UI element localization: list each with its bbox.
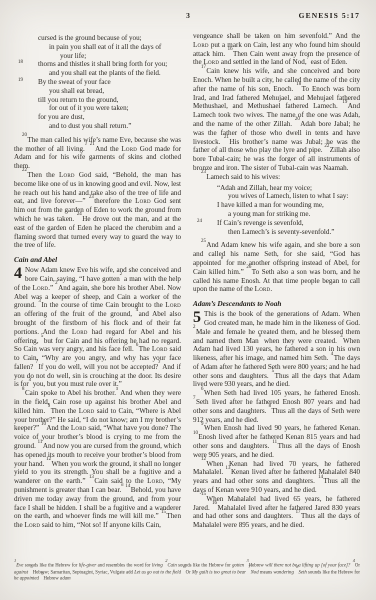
verse-number: 22 — [324, 144, 329, 149]
verse-number: 14 — [318, 475, 323, 480]
divine-name: Lord — [121, 145, 137, 153]
verse-number: 11 — [272, 440, 277, 445]
divine-name: Lord — [59, 171, 75, 179]
poetry-line: you wives of Lamech, listen to what I sa… — [217, 192, 360, 201]
verse-number: 9 — [201, 422, 204, 427]
poetry-line: till you return to the ground, — [38, 96, 181, 105]
footnote-marker: 5 — [31, 564, 33, 569]
paragraph: 17Cain knew his wife, and she conceived … — [193, 67, 360, 173]
footnote-marker: 1 — [14, 558, 16, 563]
poetry-line: a young man for striking me. — [217, 210, 360, 219]
verse-number: 4 — [331, 352, 334, 357]
footnote-marker: 9 — [41, 571, 43, 576]
poetry-line: you shall eat bread, — [38, 87, 181, 96]
verse-number: 19 — [18, 77, 23, 86]
verse-number: 3 — [38, 299, 41, 304]
divine-name: Lord — [71, 424, 87, 432]
verse-number: 13 — [226, 466, 231, 471]
paragraph: 9When Enosh had lived 90 years, he fathe… — [193, 424, 360, 459]
text-columns: cursed is the ground because of you;in p… — [0, 32, 376, 560]
poetry-line: your life; — [38, 52, 181, 61]
verse-number: 18 — [296, 82, 301, 87]
verse-number: 2 — [193, 325, 196, 330]
chapter-number: 4 — [14, 266, 25, 282]
footnote-marker: 8 — [221, 255, 223, 260]
paragraph: vengeance shall be taken on him sevenfol… — [193, 32, 360, 67]
verse-number: 10 — [41, 422, 46, 427]
verse-number: 16 — [212, 501, 217, 506]
verse-number: 17 — [296, 510, 301, 515]
verse-number: 7 — [36, 360, 39, 365]
verse-number: 7 — [193, 396, 196, 401]
verse-number: 8 — [269, 404, 272, 409]
verse-number: 13 — [89, 475, 94, 480]
bible-page-scan: 3 GENESIS 5:17 cursed is the ground beca… — [0, 0, 376, 600]
divine-name: Lord — [165, 301, 181, 309]
poetry-line: 18thorns and thistles it shall bring for… — [38, 60, 181, 69]
verse-number: 24 — [197, 218, 202, 227]
footnote-marker: 4 — [353, 558, 355, 563]
verse-number: 20 — [295, 117, 300, 122]
poetry-line: for out of it you were taken; — [38, 104, 181, 113]
verse-number: 12 — [201, 457, 206, 462]
poetry-line: 24If Cain’s revenge is sevenfold, — [217, 219, 360, 228]
paragraph: 15When Mahalalel had lived 65 years, he … — [193, 495, 360, 530]
verse-number: 19 — [342, 100, 347, 105]
divine-name: Lord — [147, 477, 163, 485]
verse-number: 17 — [201, 65, 206, 70]
divine-name: Lord — [33, 284, 49, 292]
verse-number: 23 — [89, 195, 94, 200]
footnotes-block: 1Eve sounds like the Hebrew for life-giv… — [14, 563, 360, 583]
footnote-marker: 6 — [183, 564, 185, 569]
poetry-line: I have killed a man for wounding me, — [217, 201, 360, 210]
divine-name: Lord — [79, 407, 95, 415]
poetry-line: 19By the sweat of your face — [38, 78, 181, 87]
poetry-line: cursed is the ground because of you; — [38, 34, 181, 43]
chapter-number: 5 — [193, 310, 204, 326]
running-header: 3 GENESIS 5:17 — [0, 0, 376, 22]
column-right: vengeance shall be taken on him sevenfol… — [193, 32, 360, 560]
divine-name: Lord — [152, 345, 168, 353]
paragraph: 12When Kenan had lived 70 years, he fath… — [193, 460, 360, 495]
verse-number: 14 — [125, 484, 130, 489]
paragraph: 20The man called his wife’s name Eve, be… — [14, 136, 181, 171]
footnote-marker: 2 — [120, 271, 122, 276]
paragraph: 8Cain spoke to Abel his brother.5 And wh… — [14, 389, 181, 530]
chapter-paragraph: 5This is the book of the generations of … — [193, 310, 360, 389]
poetry-line: then Lamech’s is seventy-sevenfold.” — [217, 228, 360, 237]
verse-number: 6 — [136, 343, 139, 348]
verse-number: 25 — [201, 239, 206, 244]
footnote-marker: 3 — [247, 558, 249, 563]
footnote-marker: 1 — [85, 141, 87, 146]
paragraph: 6When Seth had lived 105 years, he fathe… — [193, 389, 360, 424]
verse-number: 12 — [46, 457, 51, 462]
verse-number: 15 — [201, 492, 206, 497]
verse-number: 21 — [90, 142, 95, 147]
verse-number: 24 — [77, 212, 82, 217]
poetry-line: and you shall eat the plants of the fiel… — [38, 69, 181, 78]
divine-name: Lord — [255, 285, 271, 293]
verse-number: 2 — [55, 281, 58, 286]
verse-number: 9 — [48, 404, 51, 409]
paragraph: 23Lamech said to his wives: — [193, 173, 360, 182]
paragraph: 25And Adam knew his wife again, and she … — [193, 241, 360, 294]
poetry-line: for you are dust, — [38, 113, 181, 122]
footnote-marker: 6 — [121, 482, 123, 487]
running-head-reference: GENESIS 5:17 — [299, 11, 360, 20]
poetry-line: and to dust you shall return.” — [38, 122, 181, 131]
verse-number: 6 — [201, 387, 204, 392]
poetry-block: cursed is the ground because of you;in p… — [14, 34, 181, 131]
column-left: cursed is the ground because of you;in p… — [14, 32, 181, 560]
verse-number: 10 — [193, 431, 198, 436]
verse-number: 22 — [22, 168, 27, 173]
verse-number: 15 — [161, 510, 166, 515]
footnote-marker: 7 — [248, 564, 250, 569]
verse-number: 5 — [272, 369, 275, 374]
footnote-marker: 5 — [116, 386, 118, 391]
section-heading: Adam’s Descendants to Noah — [193, 299, 360, 308]
verse-number: 21 — [224, 135, 229, 140]
paragraph: 22Then the Lord God said, “Behold, the m… — [14, 171, 181, 250]
footnote-marker: 7 — [307, 55, 309, 60]
poetry-line: “Adah and Zillah, hear my voice; — [217, 184, 360, 193]
divine-name: Lord — [72, 328, 88, 336]
verse-number: 18 — [18, 59, 23, 68]
footnote-marker: 3 — [158, 359, 160, 364]
poetry-block: “Adah and Zillah, hear my voice;you wive… — [193, 184, 360, 237]
chapter-paragraph: 4Now Adam knew Eve his wife, and she con… — [14, 266, 181, 389]
verse-number: 26 — [246, 265, 251, 270]
verse-number: 23 — [201, 170, 206, 175]
verse-number: 5 — [41, 334, 44, 339]
verse-number: 11 — [38, 440, 43, 445]
verse-number: 8 — [22, 387, 25, 392]
divine-name: Lord — [193, 41, 209, 49]
poetry-line: in pain you shall eat of it all the days… — [38, 43, 181, 52]
footnote-marker: 9 — [259, 333, 261, 338]
verse-number: 4 — [136, 308, 139, 313]
verse-number: 20 — [22, 133, 27, 138]
divine-name: Lord — [24, 521, 40, 529]
verse-number: 3 — [340, 334, 343, 339]
footnote-marker: 4 — [29, 377, 31, 382]
verse-number: 16 — [228, 47, 233, 52]
divine-name: Lord — [135, 197, 151, 205]
section-heading: Cain and Abel — [14, 255, 181, 264]
